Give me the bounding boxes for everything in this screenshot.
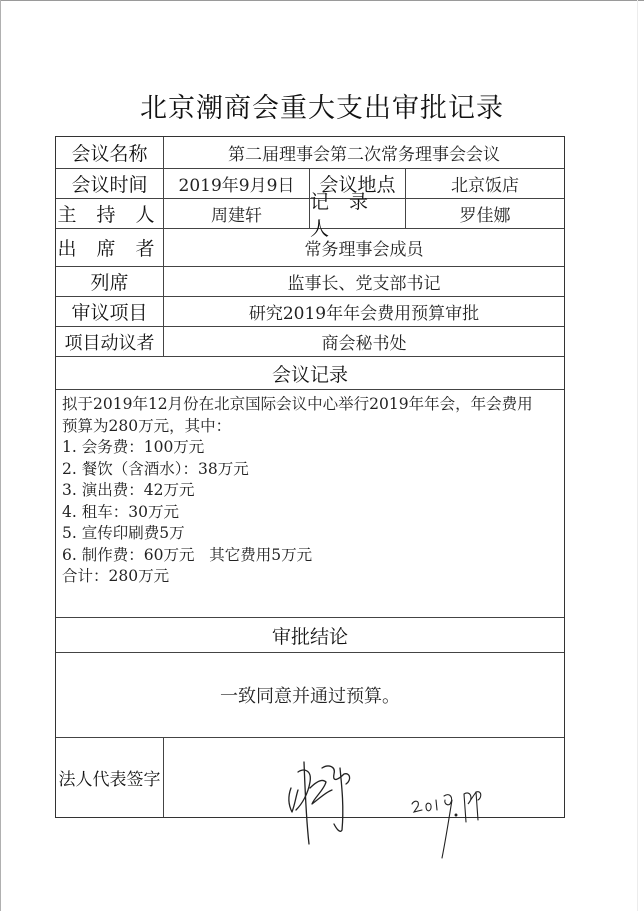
- meeting-time-value: 2019年9月9日: [164, 169, 310, 198]
- record-line: 预算为280万元，其中：: [62, 416, 558, 438]
- proposer-value: 商会秘书处: [164, 327, 564, 356]
- record-line: 5. 宣传印刷费5万: [62, 523, 558, 545]
- conclusion-heading: 审批结论: [56, 618, 564, 652]
- proposer-label: 项目动议者: [56, 327, 164, 356]
- attendees-label: 出 席 者: [56, 229, 164, 266]
- record-line: 3. 演出费：42万元: [62, 480, 558, 502]
- document-title: 北京潮商会重大支出审批记录: [0, 86, 644, 125]
- row-proposer: 项目动议者 商会秘书处: [56, 327, 564, 357]
- observers-label: 列席: [56, 267, 164, 296]
- row-record-body: 拟于2019年12月份在北京国际会议中心举行2019年年会，年会费用 预算为28…: [56, 390, 564, 618]
- row-signature: 法人代表签字: [56, 738, 564, 817]
- scan-edge: [0, 0, 644, 1]
- record-line: 6. 制作费：60万元 其它费用5万元: [62, 545, 558, 567]
- record-line: 4. 租车：30万元: [62, 502, 558, 524]
- row-agenda-item: 审议项目 研究2019年年会费用预算审批: [56, 297, 564, 327]
- meeting-name-label: 会议名称: [56, 137, 164, 168]
- conclusion-value: 一致同意并通过预算。: [56, 653, 564, 737]
- signature-label: 法人代表签字: [56, 738, 164, 817]
- agenda-item-label: 审议项目: [56, 297, 164, 326]
- row-conclusion-body: 一致同意并通过预算。: [56, 653, 564, 738]
- scan-edge: [0, 0, 1, 911]
- meeting-time-label: 会议时间: [56, 169, 164, 198]
- host-value: 周建轩: [164, 199, 310, 228]
- row-meeting-name: 会议名称 第二届理事会第二次常务理事会会议: [56, 137, 564, 169]
- record-line: 1. 会务费：100万元: [62, 437, 558, 459]
- record-line: 2. 餐饮（含酒水）：38万元: [62, 459, 558, 481]
- observers-value: 监事长、党支部书记: [164, 267, 564, 296]
- agenda-item-value: 研究2019年年会费用预算审批: [164, 297, 564, 326]
- attendees-value: 常务理事会成员: [164, 229, 564, 266]
- handwritten-signature-icon: [164, 738, 584, 868]
- signature-area: [164, 738, 564, 817]
- row-conclusion-heading: 审批结论: [56, 618, 564, 653]
- row-observers: 列席 监事长、党支部书记: [56, 267, 564, 297]
- record-line: 拟于2019年12月份在北京国际会议中心举行2019年年会，年会费用: [62, 394, 558, 416]
- recorder-label: 记 录 人: [310, 199, 406, 228]
- row-host-recorder: 主 持 人 周建轩 记 录 人 罗佳娜: [56, 199, 564, 229]
- row-record-heading: 会议记录: [56, 357, 564, 390]
- approval-record-table: 会议名称 第二届理事会第二次常务理事会会议 会议时间 2019年9月9日 会议地…: [55, 136, 565, 818]
- meeting-name-value: 第二届理事会第二次常务理事会会议: [164, 137, 564, 168]
- scan-edge: [637, 0, 638, 911]
- record-line: 合计：280万元: [62, 566, 558, 588]
- record-heading: 会议记录: [56, 357, 564, 389]
- host-label: 主 持 人: [56, 199, 164, 228]
- record-body: 拟于2019年12月份在北京国际会议中心举行2019年年会，年会费用 预算为28…: [56, 390, 564, 617]
- recorder-value: 罗佳娜: [406, 199, 564, 228]
- row-attendees: 出 席 者 常务理事会成员: [56, 229, 564, 267]
- meeting-place-value: 北京饭店: [406, 169, 564, 198]
